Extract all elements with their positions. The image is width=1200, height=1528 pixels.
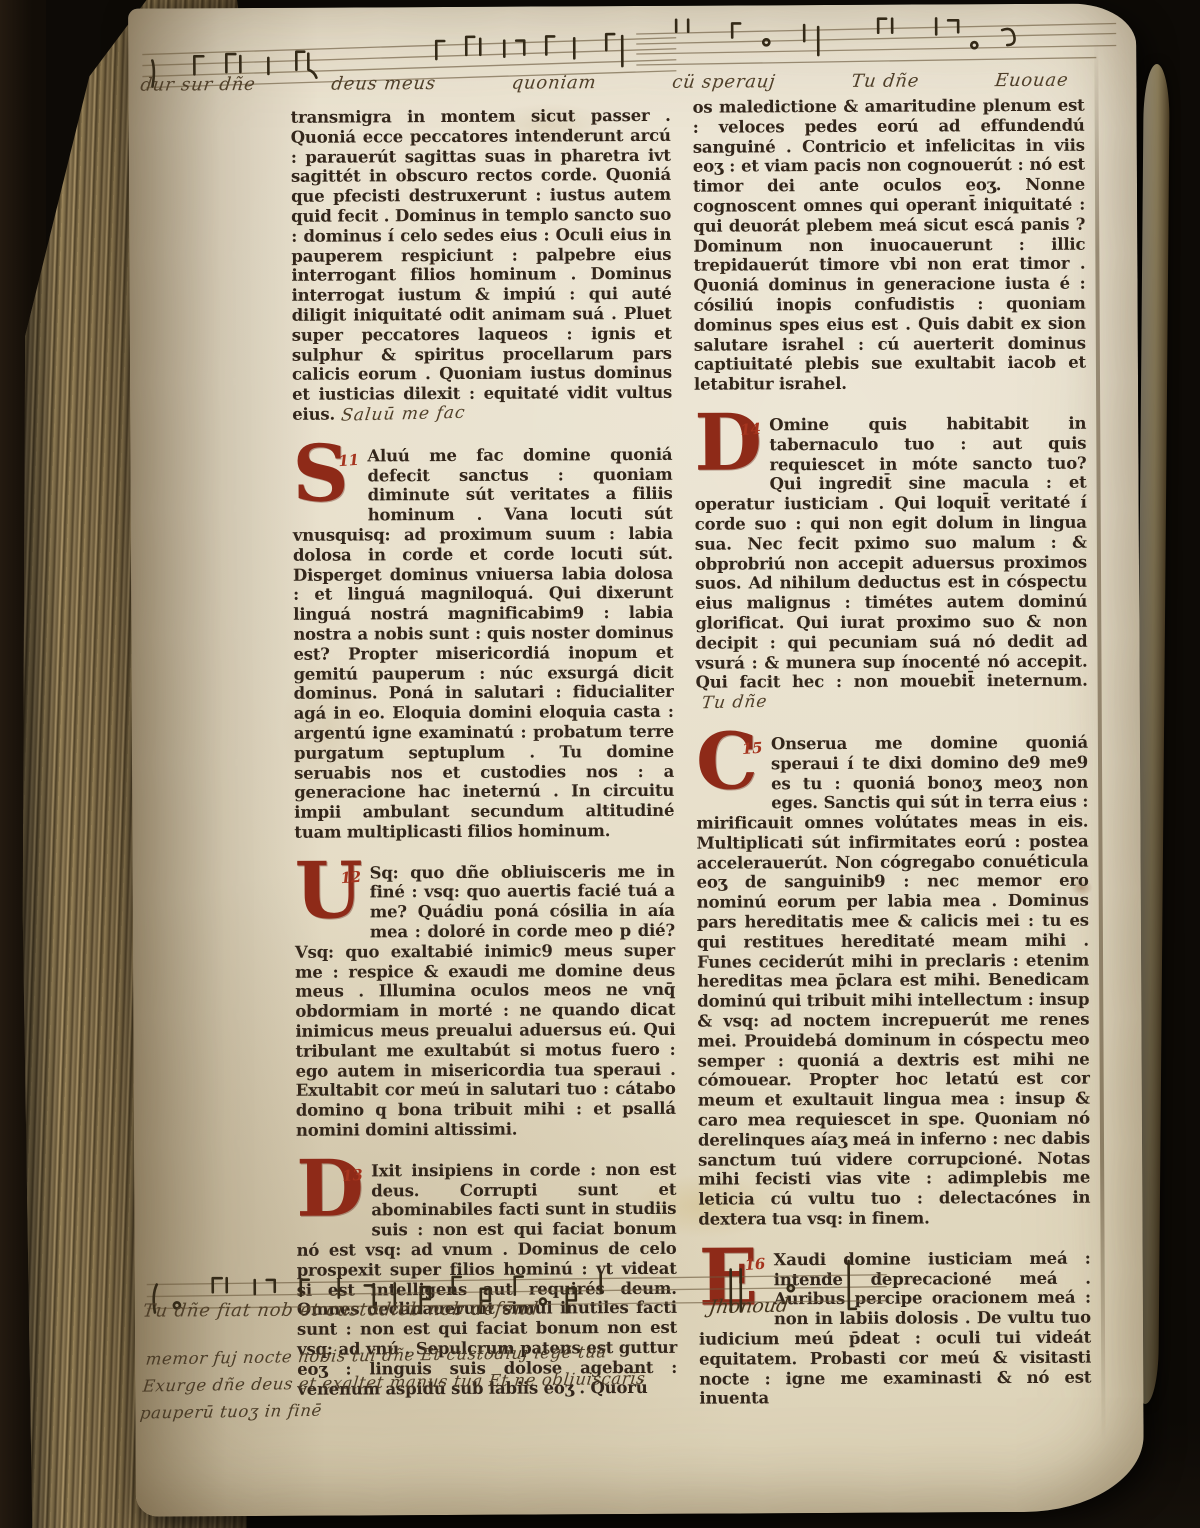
book-page: dur sur dñe deus meus quoniam cü sperauj… — [128, 3, 1144, 1516]
psalm-12: U12Sq: quo dñe obliuisceris me in finé :… — [295, 861, 676, 1140]
text-column-left: transmigra in montem sicut passer . Quon… — [291, 106, 678, 1420]
photo-of-book: { "colors": { "background": "#0d0a06", "… — [0, 0, 1200, 1528]
hw-segment: Tu dñe fiat nob et custodieb nob defēnd — [142, 1299, 540, 1322]
hw-segment: quoniam — [511, 72, 598, 93]
psalm-number: 13 — [341, 1166, 363, 1187]
psalm-number: 12 — [339, 867, 361, 888]
illuminated-initial: C15 — [696, 737, 762, 797]
hw-segment: dur sur dñe — [139, 74, 257, 96]
bottom-handwritten-name: Jhonoud — [707, 1295, 790, 1319]
psalm-text: transmigra in montem sicut passer . Quon… — [291, 106, 673, 424]
psalm-number: 11 — [337, 451, 359, 472]
psalm-text: os maledictione & amaritudine plenum est… — [693, 96, 1086, 394]
psalm-number: 14 — [739, 420, 761, 441]
hw-segment: deus meus — [330, 73, 437, 95]
illuminated-initial: D13 — [296, 1164, 362, 1224]
psalm-number: 15 — [741, 739, 763, 760]
handwritten-cue: Saluū me fac — [340, 404, 467, 427]
hw-segment: Tu dñe — [850, 71, 920, 92]
text-column-right: os maledictione & amaritudine plenum est… — [693, 96, 1092, 1430]
bottom-handwritten-lines: memor fuj nocte nobis tui dñe Et custodi… — [139, 1337, 718, 1427]
psalm-11: S11Aluú me fac domine quoniá defecit san… — [292, 445, 674, 843]
psalm-10-continuation: transmigra in montem sicut passer . Quon… — [291, 106, 673, 426]
psalm-13-continuation: os maledictione & amaritudine plenum est… — [693, 96, 1087, 395]
hw-segment: Euouae — [994, 70, 1070, 91]
illuminated-initial: D14 — [694, 418, 760, 478]
top-handwritten-text: dur sur dñe deus meus quoniam cü sperauj… — [139, 70, 1069, 96]
hw-segment: cü sperauj — [671, 71, 777, 93]
page-crease — [1094, 40, 1105, 1442]
bottom-annotation: Tu dñe fiat nob et custodieb nob defēnd … — [137, 1253, 1118, 1468]
illuminated-initial: U12 — [295, 866, 361, 926]
handwritten-cue: Tu dñe — [700, 693, 768, 714]
psalm-14: D14Omine quis habitabit in tabernaculo t… — [694, 414, 1088, 714]
psalm-15: C15Onserua me domine quoniá speraui í te… — [696, 733, 1091, 1230]
illuminated-initial: S11 — [292, 449, 358, 509]
